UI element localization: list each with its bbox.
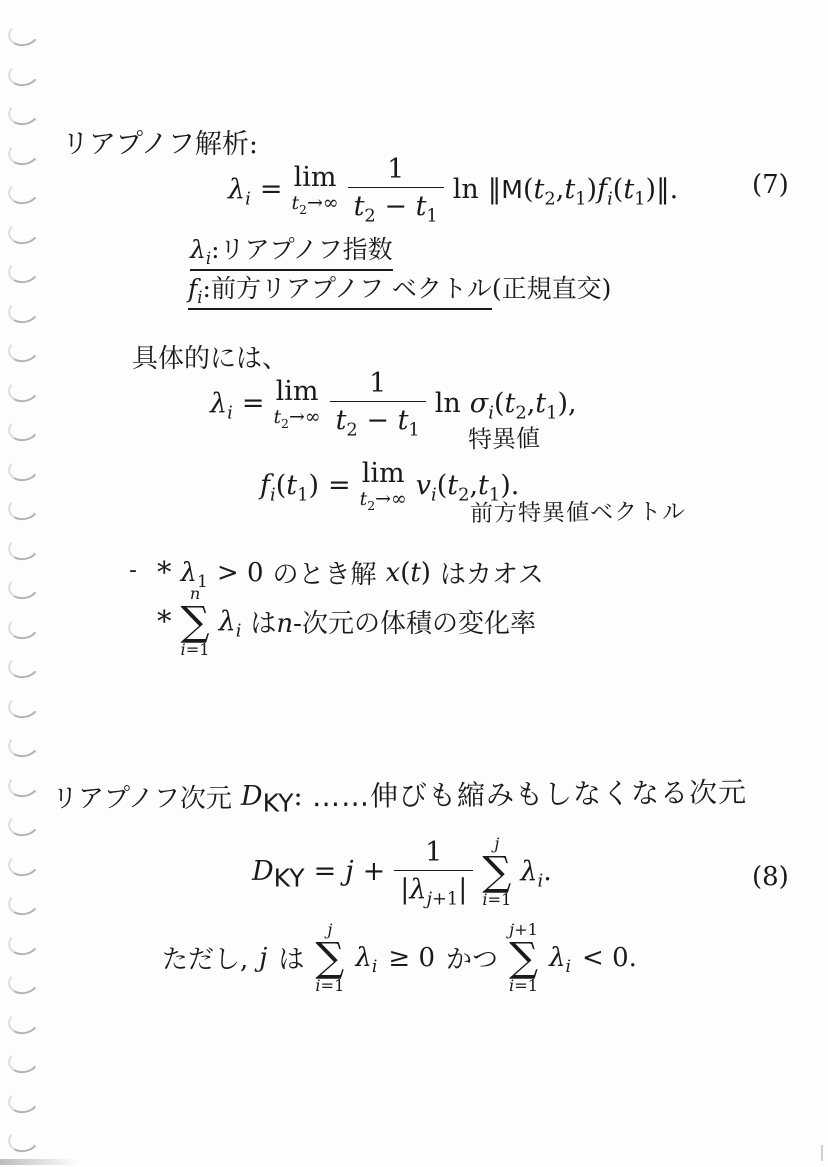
comma: , bbox=[527, 388, 536, 419]
lambda-i-symbol: λi bbox=[210, 388, 233, 419]
subscript-KY: KY bbox=[263, 788, 294, 817]
limit-operator: lim t2→∞ bbox=[360, 460, 407, 510]
lim-word: lim bbox=[362, 460, 405, 488]
binding-hole bbox=[6, 770, 41, 799]
var-x: x bbox=[386, 558, 401, 588]
bullet-volume-rate: * n ∑ i=1 λi はn-次元の体積の変化率 bbox=[157, 586, 536, 658]
subscript-i: i bbox=[566, 957, 572, 977]
bullet2-wa: は bbox=[250, 609, 276, 639]
lambda-i-symbol: λi bbox=[228, 174, 251, 205]
binding-hole bbox=[6, 533, 41, 562]
binding-hole bbox=[6, 138, 41, 167]
binding-hole bbox=[6, 612, 41, 641]
lambda-1-symbol: λ1 bbox=[181, 558, 208, 588]
lim-word: lim bbox=[294, 164, 337, 192]
binding-hole bbox=[6, 691, 41, 720]
binding-hole bbox=[6, 849, 41, 878]
to-infinity: →∞ bbox=[307, 192, 339, 214]
fraction: 1 t2 − t1 bbox=[330, 370, 426, 436]
var-D: D bbox=[252, 856, 274, 887]
var-t: t bbox=[623, 174, 634, 205]
subscript-1: 1 bbox=[575, 188, 586, 209]
paren-open: ( bbox=[437, 470, 448, 501]
paren-open: ( bbox=[613, 174, 624, 205]
limit-subscript: t2→∞ bbox=[291, 194, 338, 214]
comma: , bbox=[568, 388, 577, 419]
greater-than-zero: > 0 bbox=[217, 558, 264, 588]
sum-i1-to-j: j ∑ i=1 bbox=[482, 836, 511, 908]
definition-f-paren: (正規直交) bbox=[492, 274, 612, 303]
var-t: t bbox=[354, 191, 365, 222]
subscript-1: 1 bbox=[426, 206, 437, 227]
var-j: j bbox=[259, 943, 267, 973]
binding-hole bbox=[6, 59, 41, 88]
condition-tadashi: ただし, bbox=[162, 939, 248, 976]
equals-1: =1 bbox=[321, 976, 345, 995]
sum-i1-to-n: n ∑ i=1 bbox=[181, 586, 210, 658]
handwritten-singular-value: 特異値 bbox=[468, 418, 541, 454]
subscript-1: 1 bbox=[634, 188, 645, 209]
binding-hole bbox=[6, 414, 41, 443]
binding-hole bbox=[6, 928, 41, 957]
f-i-of-t1: fi(t1) bbox=[260, 470, 319, 501]
scanned-notebook-page: リアプノフ解析: λi = lim t2→∞ 1 t2 − t1 ln ‖M(t… bbox=[0, 0, 828, 1167]
numerator: 1 bbox=[383, 156, 408, 187]
subscript-i: i bbox=[227, 402, 233, 423]
equation-8-number: (8) bbox=[752, 862, 789, 892]
sum-i1-to-j: j ∑ i=1 bbox=[315, 922, 344, 994]
var-f: f bbox=[597, 174, 607, 205]
binding-hole bbox=[6, 335, 41, 364]
subscript-j-plus-1: j+1 bbox=[426, 888, 458, 909]
sum-lower-i1: i=1 bbox=[482, 892, 511, 908]
var-lambda: λ bbox=[190, 235, 206, 264]
scan-edge-mark bbox=[821, 1145, 823, 1161]
var-lambda: λ bbox=[520, 856, 537, 887]
condition-line: ただし, j は j ∑ i=1 λi ≥ 0 かつ j+1 ∑ i=1 λi … bbox=[162, 922, 637, 994]
binding-hole bbox=[6, 967, 41, 996]
paren-close: ) bbox=[421, 558, 431, 588]
binding-hole bbox=[6, 572, 41, 601]
var-lambda: λ bbox=[210, 388, 227, 419]
subscript-2: 2 bbox=[346, 420, 357, 441]
equation-8: DKY = j + 1 |λj+1| j ∑ i=1 λi. bbox=[252, 836, 552, 908]
minus-sign: − bbox=[358, 405, 398, 436]
binding-hole bbox=[6, 296, 41, 325]
to-infinity: →∞ bbox=[289, 406, 321, 428]
norm-close: ‖. bbox=[656, 174, 678, 205]
var-t: t bbox=[535, 388, 546, 419]
numerator: 1 bbox=[421, 839, 446, 870]
subscript-1: 1 bbox=[546, 402, 557, 423]
plus-sign: + bbox=[363, 856, 386, 887]
condition-wa: は bbox=[278, 939, 304, 976]
var-t: t bbox=[273, 406, 281, 428]
binding-hole bbox=[6, 1125, 41, 1154]
equals-sign: = bbox=[328, 470, 351, 501]
sum-lower-i1: i=1 bbox=[509, 978, 538, 994]
paren-close: ) bbox=[308, 470, 319, 501]
subscript-2: 2 bbox=[364, 206, 375, 227]
abs-bar: | bbox=[400, 874, 409, 905]
bullet2-text: はn-次元の体積の変化率 bbox=[250, 603, 536, 640]
binding-hole bbox=[6, 888, 41, 917]
limit-operator: lim t2→∞ bbox=[273, 378, 320, 428]
colon: : bbox=[294, 781, 303, 812]
geq-zero: ≥ 0 bbox=[388, 943, 435, 973]
binding-hole bbox=[6, 730, 41, 759]
var-sigma: σ bbox=[470, 388, 488, 419]
var-lambda: λ bbox=[355, 943, 371, 973]
subscript-i: i bbox=[372, 957, 378, 977]
numerator: 1 bbox=[365, 370, 390, 401]
var-lambda: λ bbox=[181, 558, 197, 588]
equals-sign: = bbox=[314, 856, 337, 887]
binding-hole bbox=[6, 1007, 41, 1036]
binding-hole bbox=[6, 256, 41, 285]
subscript-2: 2 bbox=[367, 498, 375, 513]
subscript-2: 2 bbox=[544, 188, 555, 209]
var-t: t bbox=[398, 405, 409, 436]
scan-edge-smudge bbox=[0, 1159, 78, 1165]
norm-open: ‖ bbox=[488, 174, 502, 205]
condition-katsu: かつ bbox=[446, 939, 498, 976]
to-infinity: →∞ bbox=[375, 488, 407, 510]
denominator: t2 − t1 bbox=[330, 401, 426, 436]
binding-hole bbox=[6, 1086, 41, 1115]
var-f: f bbox=[260, 470, 270, 501]
binding-hole bbox=[6, 177, 41, 206]
binding-hole bbox=[6, 19, 41, 48]
definition-f-label: :前方リアプノフ ベクトル bbox=[203, 274, 492, 303]
sum-i1-to-j-plus-1: j+1 ∑ i=1 bbox=[509, 922, 538, 994]
underlined-text: λi:リアプノフ指数 bbox=[190, 230, 393, 271]
var-f: f bbox=[188, 274, 197, 303]
denominator: |λj+1| bbox=[394, 870, 473, 905]
bullet2-tail-text: -次元の体積の変化率 bbox=[293, 609, 536, 639]
var-t: t bbox=[504, 388, 515, 419]
var-lambda: λ bbox=[409, 874, 426, 905]
equation-7-number: (7) bbox=[752, 170, 789, 200]
matrix-M: M bbox=[501, 175, 523, 204]
equals-sign: = bbox=[242, 388, 265, 419]
paren-close: ) bbox=[646, 174, 657, 205]
binding-hole bbox=[6, 1046, 41, 1075]
equation-7: λi = lim t2→∞ 1 t2 − t1 ln ‖M(t2,t1)fi(t… bbox=[228, 156, 678, 222]
minus-sign: − bbox=[376, 191, 416, 222]
lambda-i-symbol: λi bbox=[355, 943, 377, 973]
sigma-sum-icon: ∑ bbox=[509, 939, 538, 975]
var-t: t bbox=[447, 470, 458, 501]
paren-open: ( bbox=[494, 388, 505, 419]
equals-1: =1 bbox=[488, 890, 512, 909]
sigma-sum-icon: ∑ bbox=[482, 853, 511, 889]
ln-operator: ln bbox=[435, 388, 461, 419]
var-t: t bbox=[564, 174, 575, 205]
binding-hole bbox=[6, 454, 41, 483]
var-t: t bbox=[336, 405, 347, 436]
var-lambda: λ bbox=[219, 606, 236, 637]
var-n: n bbox=[276, 609, 293, 639]
var-D: D bbox=[241, 781, 263, 812]
sigma-expression: σi(t2,t1), bbox=[470, 388, 577, 419]
x-of-t: x(t) bbox=[386, 558, 431, 588]
plus-one: +1 bbox=[432, 888, 458, 909]
paren-open: ( bbox=[276, 470, 287, 501]
lambda-i-symbol: λi bbox=[219, 606, 242, 637]
denominator: t2 − t1 bbox=[348, 187, 444, 222]
subscript-2: 2 bbox=[299, 202, 307, 217]
var-t: t bbox=[410, 558, 420, 588]
var-lambda: λ bbox=[549, 943, 565, 973]
subscript-i: i bbox=[245, 188, 251, 209]
definition-lambda-label: :リアプノフ指数 bbox=[211, 235, 392, 264]
pen-tick-mark: - bbox=[129, 558, 137, 583]
binding-hole bbox=[6, 651, 41, 680]
equals-1: =1 bbox=[514, 976, 538, 995]
dky-symbol: DKY: bbox=[241, 781, 303, 812]
binding-hole bbox=[6, 493, 41, 522]
binding-hole bbox=[6, 809, 41, 838]
underlined-text: fi:前方リアプノフ ベクトル bbox=[188, 269, 492, 310]
sum-lower-i1: i=1 bbox=[181, 642, 210, 658]
var-t: t bbox=[291, 192, 299, 214]
var-lambda: λ bbox=[228, 174, 245, 205]
var-t: t bbox=[416, 191, 427, 222]
subscript-2: 2 bbox=[281, 416, 289, 431]
norm-expression: ‖M(t2,t1)fi(t1)‖. bbox=[488, 174, 678, 205]
lim-word: lim bbox=[276, 378, 319, 406]
binding-hole bbox=[6, 375, 41, 404]
fraction: 1 |λj+1| bbox=[394, 839, 473, 905]
paren-open: ( bbox=[400, 558, 410, 588]
equals-sign: = bbox=[260, 174, 283, 205]
subscript-KY: KY bbox=[274, 864, 305, 893]
sigma-sum-icon: ∑ bbox=[315, 939, 344, 975]
definition-lyapunov-vector: fi:前方リアプノフ ベクトル(正規直交) bbox=[188, 269, 611, 310]
abs-bar: | bbox=[458, 874, 467, 905]
subscript-2: 2 bbox=[458, 484, 469, 505]
period: . bbox=[543, 856, 552, 887]
dky-symbol: DKY bbox=[252, 856, 305, 887]
binding-hole bbox=[6, 217, 41, 246]
handwritten-dky-note: ……伸びも縮みもしなくなる次元 bbox=[311, 771, 746, 816]
sum-lower-i1: i=1 bbox=[315, 978, 344, 994]
subscript-1: 1 bbox=[297, 484, 308, 505]
paren-open: ( bbox=[523, 174, 534, 205]
dky-heading-text: リアプノフ次元 bbox=[52, 778, 232, 815]
equals-1: =1 bbox=[186, 640, 210, 659]
less-than-zero: < 0. bbox=[582, 943, 637, 973]
binding-hole bbox=[6, 98, 41, 127]
fraction: 1 t2 − t1 bbox=[348, 156, 444, 222]
limit-subscript: t2→∞ bbox=[360, 490, 407, 510]
lambda-i-symbol: λi bbox=[549, 943, 571, 973]
sigma-sum-icon: ∑ bbox=[181, 603, 210, 639]
definition-lyapunov-exponent: λi:リアプノフ指数 bbox=[190, 230, 393, 271]
paren-close: ) bbox=[587, 174, 598, 205]
dky-heading: リアプノフ次元 DKY: ……伸びも縮みもしなくなる次元 bbox=[52, 776, 747, 816]
handwritten-forward-singular-vector: 前方特異値ベクトル bbox=[470, 493, 686, 528]
subscript-i: i bbox=[236, 621, 242, 642]
ln-operator: ln bbox=[453, 174, 479, 205]
paren-close: ) bbox=[557, 388, 568, 419]
subscript-1: 1 bbox=[408, 420, 419, 441]
var-v: v bbox=[416, 470, 431, 501]
var-t: t bbox=[286, 470, 297, 501]
var-t: t bbox=[534, 174, 545, 205]
asterisk-bullet: * bbox=[157, 607, 172, 636]
var-j: j bbox=[345, 856, 353, 887]
lambda-i-period: λi. bbox=[520, 856, 551, 887]
limit-operator: lim t2→∞ bbox=[291, 164, 338, 214]
limit-subscript: t2→∞ bbox=[273, 408, 320, 428]
asterisk-bullet: * bbox=[157, 558, 172, 587]
